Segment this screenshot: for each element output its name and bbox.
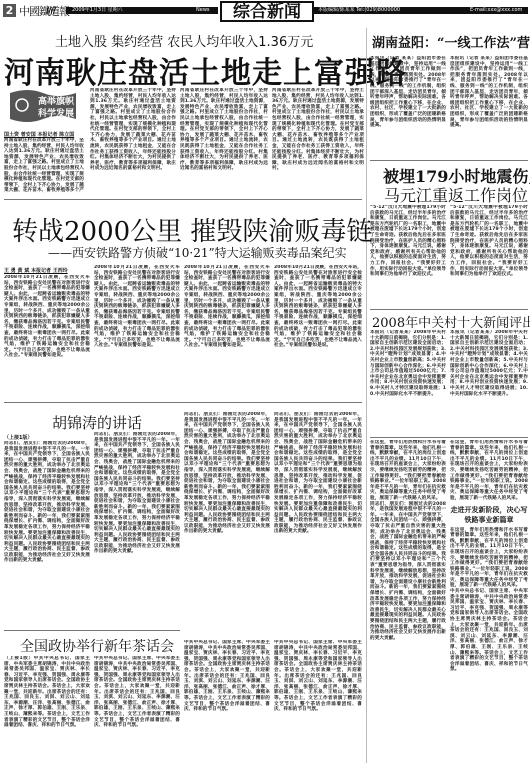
section-title: 综合新闻 <box>220 1 314 22</box>
svg-text:高举旗帜: 高举旗帜 <box>38 95 75 107</box>
article-headline: 胡锦涛的讲话 <box>52 412 142 433</box>
article-column: “5·12”汶川大地震中被埋179小时后获救的马元江，经过半年多的治疗和康复，日… <box>370 205 446 293</box>
divider <box>370 309 528 310</box>
article-subhead: 走进开发新阶段，决心写铁路事业新篇章 <box>450 505 528 525</box>
article-column: 2008年10月21日凌晨，在西安火车站，西安铁路公安处民警在对旅客进行安全检查… <box>274 265 362 393</box>
article-column: 在这里，青年们用热情和汗水书写着青春的篇章。这些年来，他们扎根一线，默默奉献，在… <box>450 440 528 763</box>
article-headline-line2: 马元江重返工作岗位 <box>384 183 528 206</box>
article-column: 本报讯（记者 某某）益阳团市委在基层团组织建设中，坚持运用“一线工作法”，把团员… <box>450 56 528 152</box>
edition-tag: News <box>196 7 210 14</box>
article-column: （上接1版）中共中央总书记、国家主席、中央军委主席胡锦涛，中共中央政治局常委吴邦… <box>4 656 90 763</box>
editor-credit: 本版编辑/陈某某 <box>318 7 355 14</box>
article-headline: 全国政协举行新年茶话会 <box>20 636 174 656</box>
hatch-decoration: //// <box>46 6 55 16</box>
article-column: 中共中央总书记、国家主席、中央军委主席胡锦涛，中共中央政治局常委吴邦国、温家宝、… <box>274 640 362 763</box>
article-column: “5·12”汶川大地震中被埋179小时后获救的马元江，经过半年多的治疗和康复，日… <box>450 205 528 293</box>
article-column: 2008年10月21日凌晨，在西安火车站，西安铁路公安处民警在对旅客进行安全检查… <box>94 265 180 393</box>
column-rule <box>366 28 367 763</box>
article-column: 同志们、朋友们：刚刚过去的2008年，是我国发展进程中很不平凡的一年。一年来，在… <box>94 432 180 624</box>
article-headline: 转战2000公里 摧毁陕渝贩毒链 <box>12 211 372 248</box>
article-column: 中共中央总书记、国家主席、中央军委主席胡锦涛，中共中央政治局常委吴邦国、温家宝、… <box>94 656 180 763</box>
page-number: 2 <box>3 4 16 17</box>
tel: Tel:(029)8000000 <box>356 7 400 14</box>
divider <box>4 199 362 200</box>
article-column: 同志们、朋友们：刚刚过去的2008年，是我国发展进程中很不平凡的一年。一年来，在… <box>274 412 362 637</box>
article-byline: 王 勇 黄 斌 本报记者 王西玲 <box>4 267 68 274</box>
continued-tag: （上接1版） <box>4 434 32 441</box>
email: E-mail:xxx@xxx.com <box>470 7 522 14</box>
divider <box>4 402 362 403</box>
issue-date: 2009年1月3日 星期六 <box>72 7 123 14</box>
article-column: 2008年10月21日凌晨，在西安火车站，西安铁路公安处民警在对旅客进行安全检查… <box>4 275 90 393</box>
article-column: 同志们、朋友们：刚刚过去的2008年，是我国发展进程中很不平凡的一年。一年来，在… <box>4 441 90 624</box>
svg-text:科学发展: 科学发展 <box>37 107 74 119</box>
article-column: 同志们、朋友们：刚刚过去的2008年，是我国发展进程中很不平凡的一年。一年来，在… <box>184 412 270 637</box>
article-column: 河南省耿庄村在改革开放三十年中，坚持土地入股、集约经营，村民人均年收入达到1.3… <box>272 88 364 193</box>
masthead: 2 中國鐵道報 //// 2009年1月3日 星期六 News 综合新闻 本版编… <box>0 0 530 24</box>
article-subheadline: ——西安铁路警方侦破“10·21”特大运输贩卖毒品案纪实 <box>48 244 347 261</box>
article-column: 本报讯（记者某某）2008年中关村十大新闻日前揭晓，它们分别是：1.国家自主创新… <box>370 330 446 430</box>
article-headline: 2008年中关村十大新闻评出 <box>372 312 530 331</box>
article-byline: 国土资 曾安国 本报记者 陈立国 <box>4 131 74 138</box>
divider <box>4 630 180 631</box>
article-column: 2008年10月21日凌晨，在西安火车站，西安铁路公安处民警在对旅客进行安全检查… <box>184 265 270 393</box>
article-column: 本报讯（记者 某某）益阳团市委在基层团组织建设中，坚持运用“一线工作法”，把团员… <box>370 56 446 152</box>
party-flag-logo: 高举旗帜 科学发展 <box>8 85 78 125</box>
paper-name: 中國鐵道報 <box>19 3 69 19</box>
article-headline: 湖南益阳：“一线工作法”营造团建新格局 <box>372 32 530 51</box>
article-column: 河南省耿庄村在改革开放三十年中，坚持土地入股、集约经营，村民人均年收入达到1.3… <box>4 138 84 193</box>
article-column: 本报讯（记者某某）2008年中关村十大新闻日前揭晓，它们分别是：1.国家自主创新… <box>450 330 528 430</box>
divider <box>370 437 528 438</box>
article-column: 河南省耿庄村在改革开放三十年中，坚持土地入股、集约经营，村民人均年收入达到1.3… <box>180 88 268 193</box>
article-column: 中共中央总书记、国家主席、中央军委主席胡锦涛，中共中央政治局常委吴邦国、温家宝、… <box>184 640 270 763</box>
divider <box>370 160 528 161</box>
article-column: 河南省耿庄村在改革开放三十年中，坚持土地入股、集约经营，村民人均年收入达到1.3… <box>90 88 176 193</box>
article-column: 在这里，青年们用热情和汗水书写着青春的篇章。这些年来，他们扎根一线，默默奉献，在… <box>370 440 446 763</box>
